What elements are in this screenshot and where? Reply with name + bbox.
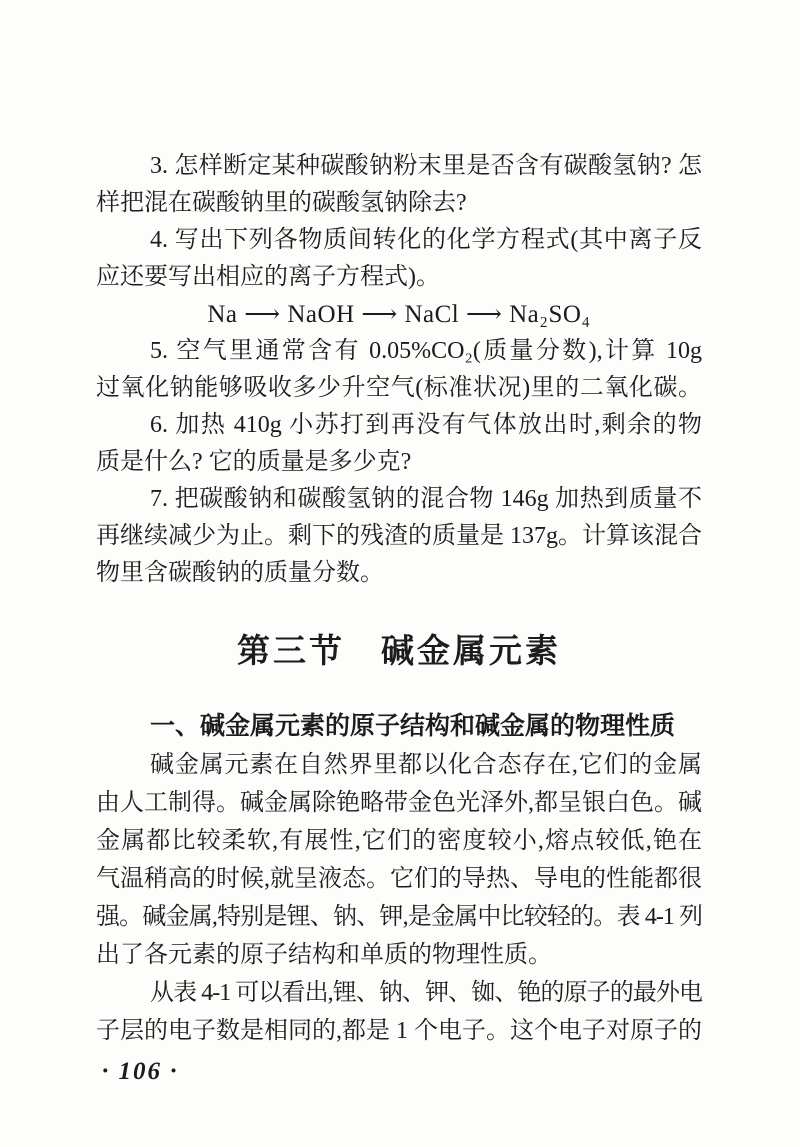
text-line: 5. 空气里通常含有 0.05%CO₂(质量分数),计算 10g [96,333,702,370]
text-line: 子层的电子数是相同的,都是 1 个电子。这个电子对原子的 [96,1012,702,1050]
problem-5: 5. 空气里通常含有 0.05%CO₂(质量分数),计算 10g 过氧化钠能够吸… [96,333,702,407]
section-heading: 第三节 碱金属元素 [96,626,702,678]
text-line: 物里含碳酸钠的质量分数。 [96,555,702,592]
problem-7: 7. 把碳酸钠和碳酸氢钠的混合物 146g 加热到质量不 再继续减少为止。剩下的… [96,481,702,592]
text-line: 气温稍高的时候,就呈液态。它们的导热、导电的性能都很 [96,860,702,898]
text-line: 应还要写出相应的离子方程式)。 [96,259,702,296]
subsection-heading: 一、碱金属元素的原子结构和碱金属的物理性质 [96,706,702,746]
problem-6: 6. 加热 410g 小苏打到再没有气体放出时,剩余的物 质是什么? 它的质量是… [96,407,702,481]
exercise-problems: 3. 怎样断定某种碳酸钠粉末里是否含有碳酸氢钠? 怎 样把混在碳酸钠里的碳酸氢钠… [96,148,702,592]
text-line: 4. 写出下列各物质间转化的化学方程式(其中离子反 [96,222,702,259]
chemical-equation: Na ⟶ NaOH ⟶ NaCl ⟶ Na₂SO₄ [96,296,702,333]
body-paragraphs: 碱金属元素在自然界里都以化合态存在,它们的金属 由人工制得。碱金属除铯略带金色光… [96,746,702,1050]
problem-3: 3. 怎样断定某种碳酸钠粉末里是否含有碳酸氢钠? 怎 样把混在碳酸钠里的碳酸氢钠… [96,148,702,222]
problem-4: 4. 写出下列各物质间转化的化学方程式(其中离子反 应还要写出相应的离子方程式)… [96,222,702,296]
text-line: 再继续减少为止。剩下的残渣的质量是 137g。计算该混合 [96,518,702,555]
text-line: 强。碱金属,特别是锂、钠、钾,是金属中比较轻的。表 4-1 列 [96,898,702,936]
text-column: 3. 怎样断定某种碳酸钠粉末里是否含有碳酸氢钠? 怎 样把混在碳酸钠里的碳酸氢钠… [0,0,702,1090]
text-line: 样把混在碳酸钠里的碳酸氢钠除去? [96,185,702,222]
text-line: 出了各元素的原子结构和单质的物理性质。 [96,936,702,974]
textbook-page: 3. 怎样断定某种碳酸钠粉末里是否含有碳酸氢钠? 怎 样把混在碳酸钠里的碳酸氢钠… [0,0,800,1147]
paragraph-alkali-properties: 碱金属元素在自然界里都以化合态存在,它们的金属 由人工制得。碱金属除铯略带金色光… [96,746,702,974]
text-line: 6. 加热 410g 小苏打到再没有气体放出时,剩余的物 [96,407,702,444]
text-line: 3. 怎样断定某种碳酸钠粉末里是否含有碳酸氢钠? 怎 [96,148,702,185]
text-line: 7. 把碳酸钠和碳酸氢钠的混合物 146g 加热到质量不 [96,481,702,518]
text-line: 碱金属元素在自然界里都以化合态存在,它们的金属 [96,746,702,784]
text-line: 质是什么? 它的质量是多少克? [96,444,702,481]
page-number: · 106 · [102,1054,702,1090]
text-line: 从表 4-1 可以看出,锂、钠、钾、铷、铯的原子的最外电 [96,974,702,1012]
text-line: 金属都比较柔软,有展性,它们的密度较小,熔点较低,铯在 [96,822,702,860]
text-line: 由人工制得。碱金属除铯略带金色光泽外,都呈银白色。碱 [96,784,702,822]
paragraph-table-reference: 从表 4-1 可以看出,锂、钠、钾、铷、铯的原子的最外电 子层的电子数是相同的,… [96,974,702,1050]
text-line: 过氧化钠能够吸收多少升空气(标准状况)里的二氧化碳。 [96,370,702,407]
